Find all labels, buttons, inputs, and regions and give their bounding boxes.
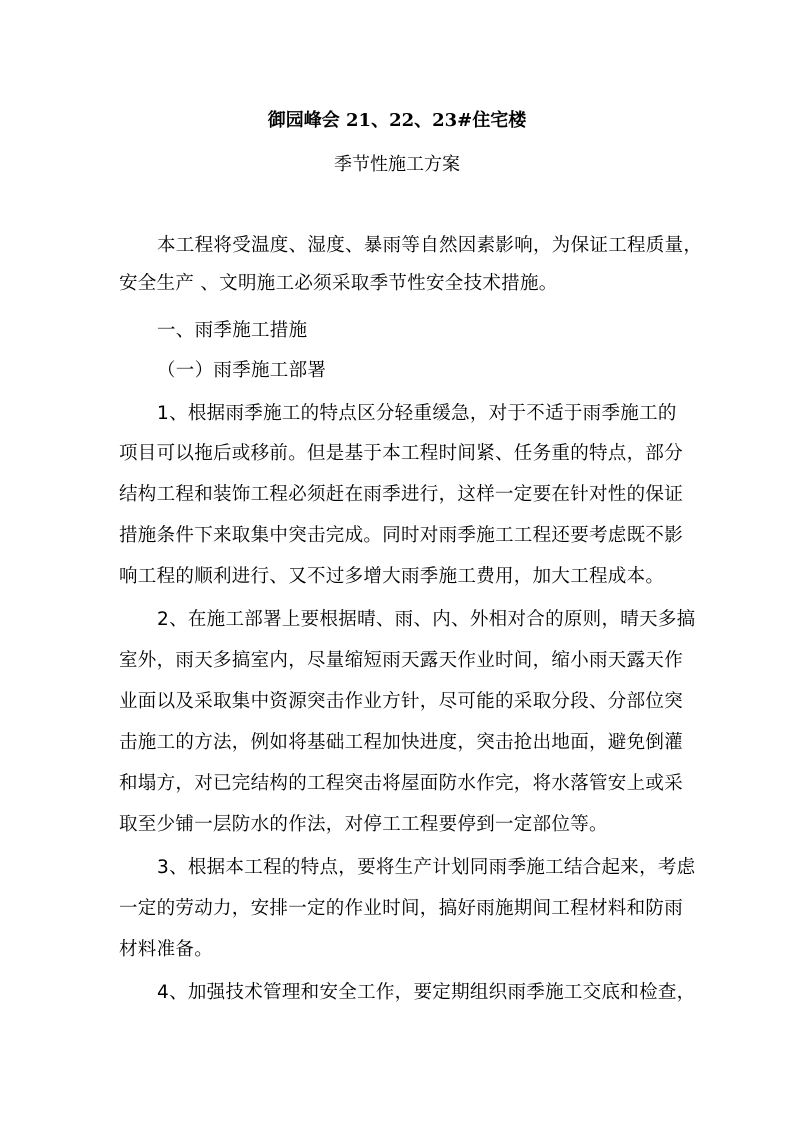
- paragraph-line: 2、在施工部署上要根据晴、雨、内、外相对合的原则，晴天多搞: [157, 605, 695, 631]
- section-heading: 一、雨季施工措施: [157, 316, 307, 342]
- paragraph-line: 室外，雨天多搞室内，尽量缩短雨天露天作业时间，缩小雨天露天作: [119, 646, 683, 672]
- document-title: 御园峰会 21、22、23#住宅楼: [0, 106, 794, 132]
- paragraph-line: 4、加强技术管理和安全工作，要定期组织雨季施工交底和检查，: [157, 978, 695, 1004]
- paragraph-line: 和塌方，对已完结构的工程突击将屋面防水作完，将水落管安上或采: [119, 769, 683, 795]
- paragraph-line: 3、根据本工程的特点，要将生产计划同雨季施工结合起来，考虑: [157, 853, 695, 879]
- document-subtitle: 季节性施工方案: [0, 150, 794, 176]
- subsection-heading: （一）雨季施工部署: [157, 356, 326, 382]
- paragraph-line: 措施条件下来取集中突击完成。同时对雨季施工工程还要考虑既不影: [119, 521, 683, 547]
- paragraph-line: 响工程的顺利进行、又不过多增大雨季施工费用，加大工程成本。: [119, 562, 664, 588]
- paragraph-line: 材料准备。: [119, 935, 213, 961]
- paragraph-line: 本工程将受温度、湿度、暴雨等自然因素影响，为保证工程质量，: [157, 231, 702, 257]
- paragraph-line: 一定的劳动力，安排一定的作业时间，搞好雨施期间工程材料和防雨: [119, 894, 683, 920]
- paragraph-line: 结构工程和装饰工程必须赶在雨季进行，这样一定要在针对性的保证: [119, 480, 683, 506]
- paragraph-line: 击施工的方法，例如将基础工程加快进度，突击抢出地面，避免倒灌: [119, 728, 683, 754]
- paragraph-line: 业面以及采取集中资源突击作业方针，尽可能的采取分段、分部位突: [119, 687, 683, 713]
- paragraph-line: 取至少铺一层防水的作法，对停工工程要停到一定部位等。: [119, 810, 608, 836]
- paragraph-line: 项目可以拖后或移前。但是基于本工程时间紧、任务重的特点，部分: [119, 439, 683, 465]
- paragraph-line: 1、根据雨季施工的特点区分轻重缓急，对于不适于雨季施工的: [157, 399, 677, 425]
- paragraph-line: 安全生产 、文明施工必须采取季节性安全技术措施。: [119, 269, 558, 295]
